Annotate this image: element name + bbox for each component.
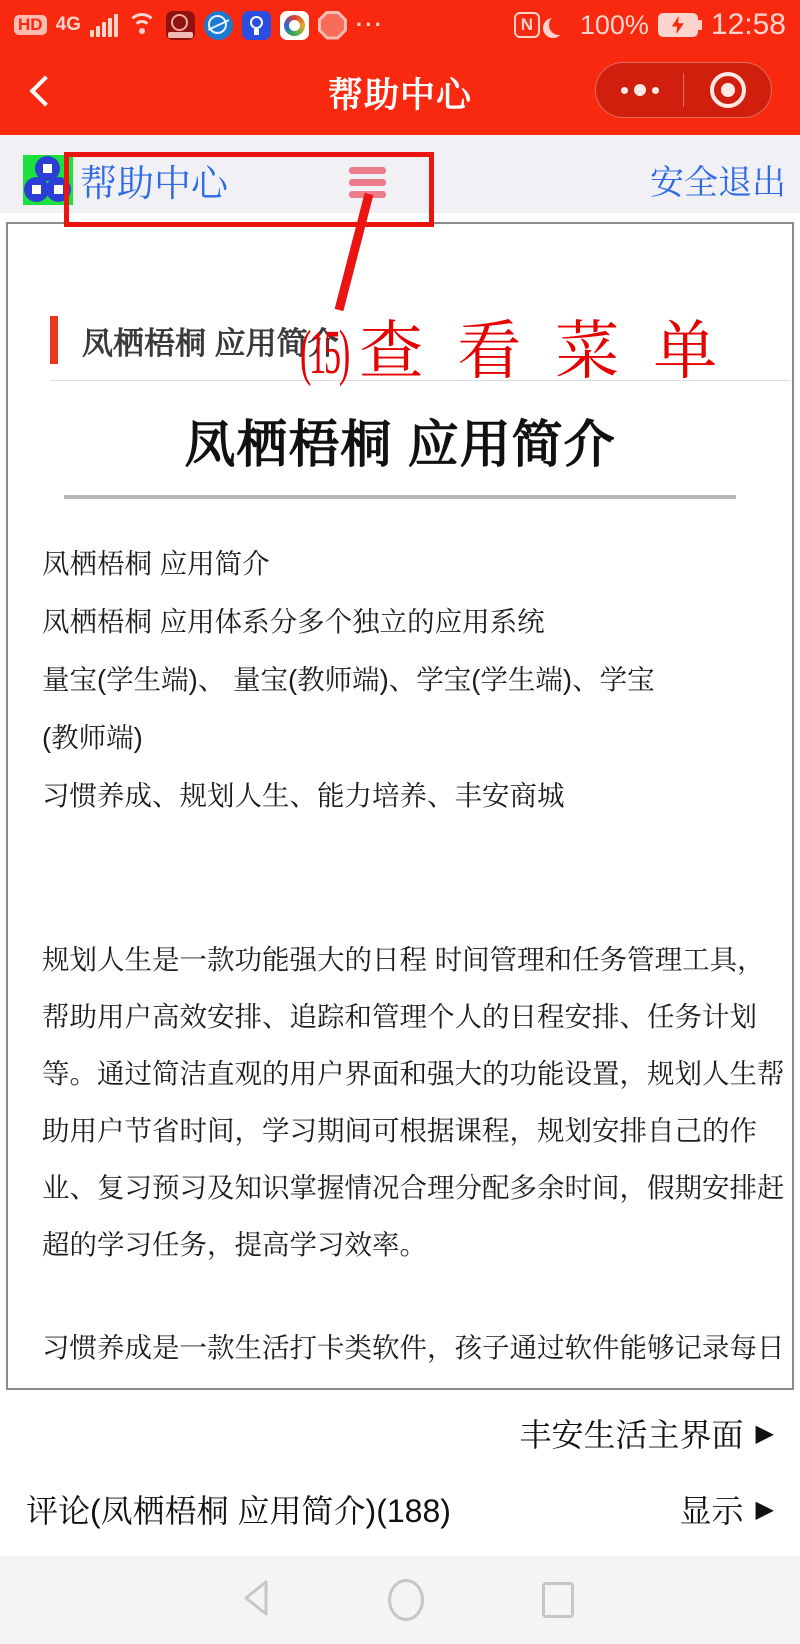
text-line: 生活做事的点点滴滴事项习惯进行打卡，帮助孩子养成良好的 — [42, 1377, 758, 1390]
comments-row: 评论(凤栖梧桐 应用简介)(188) 显示 ▶ — [0, 1486, 800, 1532]
section-accent-bar — [50, 316, 58, 364]
show-label: 显示 — [680, 1486, 744, 1532]
hd-icon: HD — [14, 15, 47, 36]
text-line: 助用户节省时间，学习期间可根据课程，规划安排自己的作 — [42, 1102, 758, 1159]
more-options-button[interactable] — [596, 63, 683, 117]
nav-title: 帮助中心 — [328, 68, 472, 118]
battery-charging-icon — [658, 13, 702, 37]
close-minimize-button[interactable] — [684, 63, 771, 117]
android-nav-bar — [0, 1556, 800, 1644]
android-recents-button[interactable] — [542, 1582, 574, 1618]
nfc-icon: N — [514, 12, 540, 38]
text-line: 业、复习预习及知识掌握情况合理分配多余时间，假期安排赶 — [42, 1159, 758, 1216]
status-right-cluster: N 100% 12:58 — [514, 8, 786, 42]
heading-rule — [64, 495, 736, 499]
android-back-button[interactable] — [240, 1579, 270, 1622]
comments-label: 评论(凤栖梧桐 应用简介)(188) — [26, 1486, 451, 1532]
main-screen-row: 丰安生活主界面 ▶ — [0, 1410, 800, 1456]
notification-app-icon-octagon — [318, 11, 347, 40]
right-arrow-icon: ▶ — [756, 1495, 774, 1524]
notification-overflow-icon: ··· — [356, 12, 384, 38]
article-heading: 凤栖梧桐 应用简介 — [42, 403, 758, 477]
section-header: 凤栖梧桐 应用简介 — [50, 316, 791, 381]
status-left-cluster: HD 4G ··· — [14, 11, 384, 40]
tail-paragraph: 习惯养成是一款生活打卡类软件，孩子通过软件能够记录每日生活做事的点点滴滴事项习惯… — [42, 1319, 758, 1390]
intro-paragraph: 凤栖梧桐 应用简介凤栖梧桐 应用体系分多个独立的应用系统量宝(学生端)、 量宝(… — [42, 535, 758, 825]
phone-screen: HD 4G ··· N 100% 12:58 帮助中心 — [0, 0, 800, 1644]
menu-hamburger-icon[interactable] — [349, 167, 386, 198]
text-line: 帮助用户高效安排、追踪和管理个人的日程安排、任务计划 — [42, 988, 758, 1045]
logout-link[interactable]: 安全退出 — [650, 155, 786, 204]
article-card: 凤栖梧桐 应用简介 凤栖梧桐 应用简介 凤栖梧桐 应用简介凤栖梧桐 应用体系分多… — [6, 222, 794, 1390]
main-screen-link-label: 丰安生活主界面 — [520, 1410, 744, 1456]
miniprogram-capsule — [595, 62, 772, 118]
back-triangle-icon — [240, 1579, 270, 1617]
notification-app-icon-seal — [166, 11, 195, 40]
status-bar: HD 4G ··· N 100% 12:58 — [0, 0, 800, 50]
notification-app-icon-bulb — [242, 11, 271, 40]
right-arrow-icon: ▶ — [756, 1419, 774, 1448]
text-line: (教师端) — [42, 709, 758, 767]
app-logo-icon — [23, 155, 73, 205]
android-home-button[interactable] — [388, 1579, 424, 1621]
page-title: 帮助中心 — [80, 153, 228, 207]
app-nav-bar: 帮助中心 — [0, 50, 800, 135]
notification-app-icon-ring — [280, 11, 309, 40]
text-line: 习惯养成是一款生活打卡类软件，孩子通过软件能够记录每日 — [42, 1319, 758, 1377]
back-chevron-icon[interactable] — [29, 75, 60, 106]
do-not-disturb-moon-icon — [549, 15, 569, 35]
text-line: 凤栖梧桐 应用简介 — [42, 535, 758, 593]
show-comments-link[interactable]: 显示 ▶ — [680, 1486, 774, 1532]
target-circle-icon — [710, 72, 746, 108]
text-line: 等。通过简洁直观的用户界面和强大的功能设置，规划人生帮 — [42, 1045, 758, 1102]
text-line: 量宝(学生端)、 量宝(教师端)、学宝(学生端)、学宝 — [42, 651, 758, 709]
text-line: 习惯养成、规划人生、能力培养、丰安商城 — [42, 767, 758, 825]
main-screen-link[interactable]: 丰安生活主界面 ▶ — [520, 1410, 774, 1456]
battery-percent-label: 100% — [580, 10, 649, 41]
text-line: 凤栖梧桐 应用体系分多个独立的应用系统 — [42, 593, 758, 651]
page-header: 帮助中心 安全退出 — [0, 135, 800, 213]
text-line: 规划人生是一款功能强大的日程 时间管理和任务管理工具， — [42, 931, 758, 988]
network-type-label: 4G — [56, 14, 81, 36]
notification-app-icon-globe — [204, 11, 233, 40]
ellipsis-icon — [621, 84, 659, 96]
clock-label: 12:58 — [711, 8, 786, 42]
signal-bars-icon — [90, 13, 118, 37]
wifi-icon — [127, 13, 157, 37]
section-title: 凤栖梧桐 应用简介 — [82, 318, 339, 363]
text-line: 超的学习任务，提高学习效率。 — [42, 1216, 758, 1273]
body-paragraph: 规划人生是一款功能强大的日程 时间管理和任务管理工具，帮助用户高效安排、追踪和管… — [42, 931, 758, 1273]
